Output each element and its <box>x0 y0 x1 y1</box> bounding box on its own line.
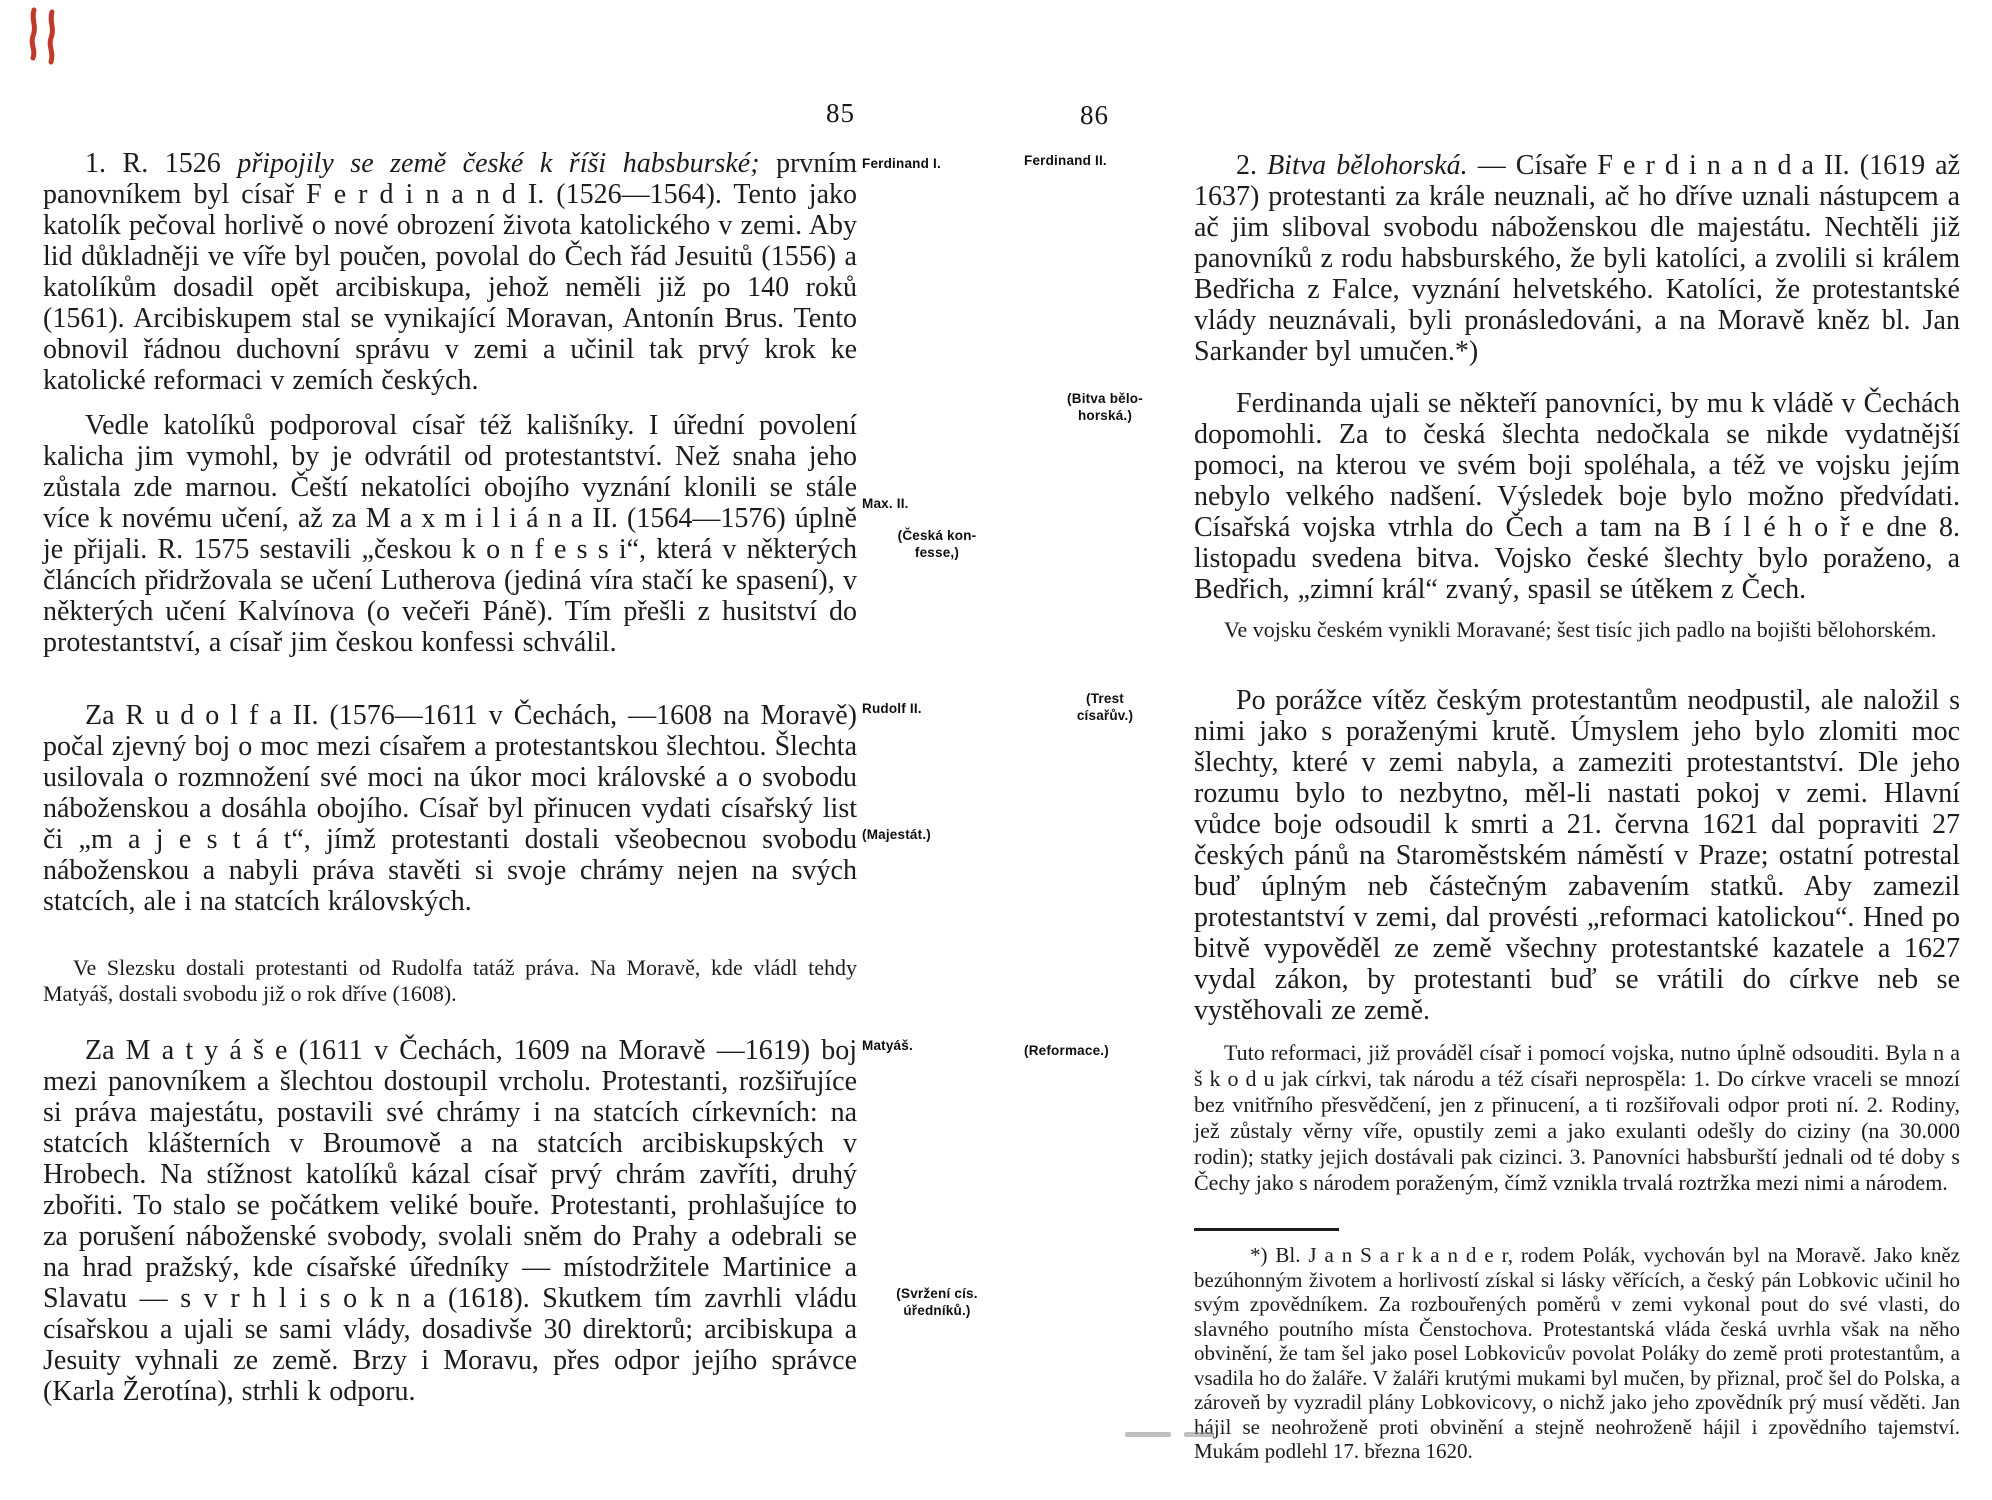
print-smudge <box>1184 1432 1214 1437</box>
right-p4-segment: Po porážce vítěz českým protestantům neo… <box>1194 685 1960 1026</box>
right-footnote-segment: *) Bl. J a n S a r k a n d e r, rodem Po… <box>1194 1243 1960 1463</box>
footnote-separator-rule <box>1194 1228 1339 1231</box>
margin-note-trest-cisaruv: (Trestcísařův.) <box>1024 690 1186 724</box>
right-paragraph-p5: Tuto reformaci, již prováděl císař i pom… <box>1194 1040 1960 1196</box>
right-paragraph-p2: Ferdinanda ujali se někteří panovníci, b… <box>1194 388 1960 605</box>
right-paragraph-p3: Ve vojsku českém vynikli Moravané; šest … <box>1194 617 1960 643</box>
margin-note-ferdinand-ii: Ferdinand II. <box>1024 152 1186 169</box>
margin-note-bitva-belohorska: (Bitva bělo-horská.) <box>1024 390 1186 424</box>
right-paragraph-p4: Po porážce vítěz českým protestantům neo… <box>1194 685 1960 1026</box>
right-page-text-column: 2. Bitva bělohorská. — Císaře F e r d i … <box>1194 0 1960 1500</box>
book-scan: { "artifacts": { "red_ink": "#c0392b", "… <box>0 0 1992 1500</box>
right-p1-segment: 2. <box>1236 150 1267 181</box>
right-p5-segment: Tuto reformaci, již prováděl císař i pom… <box>1194 1040 1960 1195</box>
right-p2-segment: Ferdinanda ujali se někteří panovníci, b… <box>1194 388 1960 605</box>
print-smudge <box>1125 1432 1171 1437</box>
right-paragraph-footnote: *) Bl. J a n S a r k a n d e r, rodem Po… <box>1194 1243 1960 1464</box>
margin-note-reformace: (Reformace.) <box>1024 1042 1186 1059</box>
right-paragraph-p1: 2. Bitva bělohorská. — Císaře F e r d i … <box>1194 150 1960 367</box>
right-page: 86 2. Bitva bělohorská. — Císaře F e r d… <box>0 0 1992 1500</box>
right-p1-segment: Bitva bělohorská. <box>1267 150 1468 181</box>
right-p1-segment: — Císaře F e r d i n a n d a II. (1619 a… <box>1194 150 1960 367</box>
right-page-margin-column: Ferdinand II.(Bitva bělo-horská.)(Trestc… <box>1024 0 1186 1500</box>
right-p3-segment: Ve vojsku českém vynikli Moravané; šest … <box>1224 617 1936 642</box>
